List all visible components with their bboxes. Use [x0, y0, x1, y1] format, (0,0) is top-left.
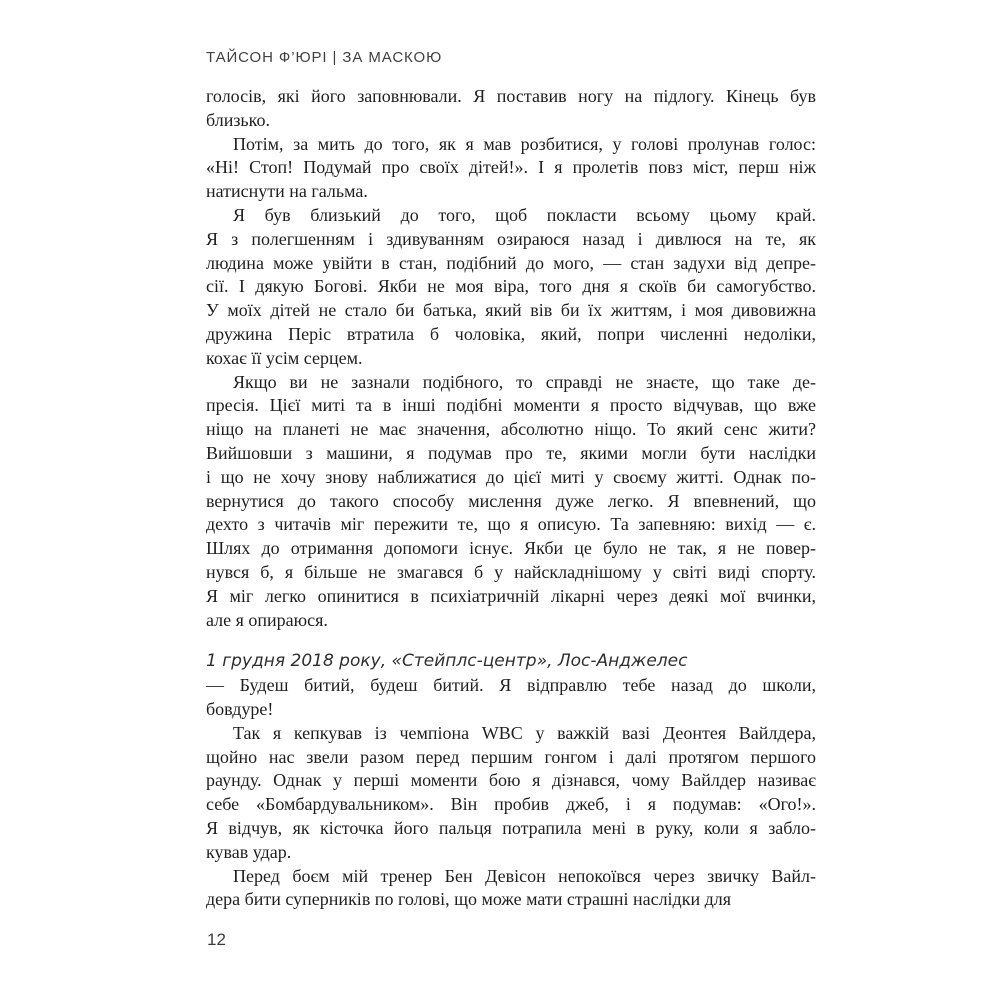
text-line: Так я кепкував із чемпіона WBC у важкій …	[206, 722, 816, 746]
text-line: Я відчув, як кісточка його пальця потрап…	[206, 817, 816, 841]
text-line: «Ні! Стоп! Подумай про своїх дітей!». І …	[206, 156, 816, 180]
text-line: щойно нас звели разом перед першим гонго…	[206, 746, 816, 770]
book-page: ТАЙСОН Ф’ЮРІ | ЗА МАСКОЮ голосів, які йо…	[0, 0, 1000, 1000]
text-line: бовдуре!	[206, 698, 816, 722]
text-line: дера бити суперників по голові, що може …	[206, 888, 816, 912]
text-line: 1 грудня 2018 року, «Стейплс-центр», Лос…	[206, 650, 816, 674]
text-line: кохає її усім серцем.	[206, 347, 816, 371]
page-number: 12	[207, 930, 226, 950]
running-header: ТАЙСОН Ф’ЮРІ | ЗА МАСКОЮ	[206, 49, 442, 66]
paragraph: Якщо ви не зазнали подібного, то справді…	[206, 371, 816, 633]
text-line: вернутися до такого способу мислення дуж…	[206, 490, 816, 514]
paragraph: Я був близький до того, щоб покласти всь…	[206, 204, 816, 371]
text-line: Вийшовши з машини, я подумав про те, яки…	[206, 442, 816, 466]
text-line: пресія. Цієї миті та в інші подібні моме…	[206, 394, 816, 418]
text-line: натиснути на гальма.	[206, 180, 816, 204]
paragraph: голосів, які його заповнювали. Я постави…	[206, 85, 816, 133]
text-line: ніщо на планеті не має значення, абсолют…	[206, 418, 816, 442]
text-line: людина може увійти в стан, подібний до м…	[206, 252, 816, 276]
text-line: сії. І дякую Богові. Якби не моя віра, т…	[206, 275, 816, 299]
paragraph: Потім, за мить до того, як я мав розбити…	[206, 133, 816, 204]
text-line: дехто з читачів міг пережити те, що я оп…	[206, 513, 816, 537]
text-line: нувся б, я більше не змагався б у найскл…	[206, 561, 816, 585]
text-line: Я був близький до того, щоб покласти всь…	[206, 204, 816, 228]
section-subhead: 1 грудня 2018 року, «Стейплс-центр», Лос…	[206, 650, 816, 674]
paragraph: Перед боєм мій тренер Бен Девісон непоко…	[206, 865, 816, 913]
text-line: дружина Періс втратила б чоловіка, який,…	[206, 323, 816, 347]
text-line: У моїх дітей не стало би батька, який ві…	[206, 299, 816, 323]
paragraph: — Будеш битий, будеш битий. Я відправлю …	[206, 674, 816, 722]
text-line: і що не хочу знову наближатися до цієї м…	[206, 466, 816, 490]
text-line: Я з полегшенням і здивуванням озираюся н…	[206, 228, 816, 252]
text-line: Потім, за мить до того, як я мав розбити…	[206, 133, 816, 157]
text-line: Перед боєм мій тренер Бен Девісон непоко…	[206, 865, 816, 889]
text-line: близько.	[206, 109, 816, 133]
text-line: голосів, які його заповнювали. Я постави…	[206, 85, 816, 109]
text-line: — Будеш битий, будеш битий. Я відправлю …	[206, 674, 816, 698]
text-line: Я міг легко опинитися в психіатричній лі…	[206, 585, 816, 609]
paragraph: Так я кепкував із чемпіона WBC у важкій …	[206, 722, 816, 865]
text-line: але я опираюся.	[206, 609, 816, 633]
text-line: кував удар.	[206, 841, 816, 865]
text-line: себе «Бомбардувальником». Він пробив дже…	[206, 793, 816, 817]
text-block: голосів, які його заповнювали. Я постави…	[206, 85, 816, 912]
text-line: раунду. Однак у перші моменти бою я дізн…	[206, 769, 816, 793]
text-line: Шлях до отримання допомоги існує. Якби ц…	[206, 537, 816, 561]
section-break	[206, 632, 816, 650]
text-line: Якщо ви не зазнали подібного, то справді…	[206, 371, 816, 395]
